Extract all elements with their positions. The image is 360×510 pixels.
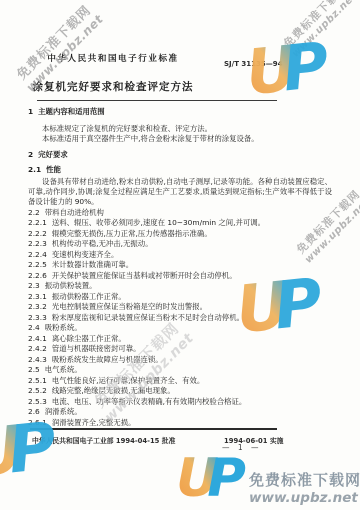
standard-document-page: 中华人民共和国电子行业标准 SJ/T 31135—94 涂复机完好要求和检查评定… [0, 0, 360, 510]
paragraph: 本标准适用于真空器件生产中,将合金粉末涂复于带材的涂复设备。 [28, 134, 332, 145]
footer-rule [30, 428, 277, 430]
clause: 2.3.1振动供粉器工作正常。 [28, 292, 332, 303]
watermark-site-url: www.upbz.net [249, 490, 360, 506]
clause: 2.4.2管道与机器联接密封可靠。 [28, 344, 332, 355]
logo-letter-u: U [0, 412, 27, 492]
clause: 2.6润滑系统。 [28, 407, 332, 418]
section-heading: 2完好要求 [28, 150, 332, 161]
clause: 2.2.1送料、辊压、收带必须同步,速度在 10~30m/min 之间,并可调。 [28, 218, 332, 229]
watermark-site-name: 免费标准下载网 [249, 469, 360, 490]
approval-line: 中华人民共和国电子工业部 1994-04-15 批准 [32, 435, 175, 445]
clause: 2.3振动供粉装置。 [28, 281, 332, 292]
upbz-logo-icon: U P [176, 446, 254, 508]
paragraph: 设备具有带材自动进给,粉末自动供粉,自动电子测厚,记录等功能。各种自动装置应稳定… [28, 177, 332, 208]
clause-heading: 2.1性能 [28, 165, 332, 176]
clause: 2.2.5米计数器计数准确可靠。 [28, 260, 332, 271]
clause: 2.3.2光电控制装置应保证当粉箱是空的时发出警报。 [28, 302, 332, 313]
watermark-bottom-right: 免费标准下载网 www.upbz.net [249, 469, 360, 506]
watermark-site-name: 免费标准下载网 [263, 0, 360, 67]
clause: 2.2带料自动进给机构 [28, 208, 332, 219]
logo-letter-p: P [279, 28, 332, 105]
page-number: — 1 — [222, 443, 262, 452]
clause: 2.2.4变速机构变速齐全。 [28, 250, 332, 261]
standard-number: SJ/T 31135—94 [224, 60, 283, 68]
document-body: 1主题内容和适用范围 本标准规定了涂复机的完好要求和检查、评定方法。 本标准适用… [28, 107, 332, 428]
clause: 2.5.1电气性能良好,运行可靠,保护装置齐全、有效。 [28, 376, 332, 387]
standard-org-line: 中华人民共和国电子行业标准 [30, 52, 196, 64]
document-title: 涂复机完好要求和检查评定方法 [26, 79, 200, 94]
logo-letter-p: P [207, 448, 246, 508]
header-rule [37, 100, 277, 101]
clause: 2.4吸粉系统。 [28, 323, 332, 334]
clause: 2.5.3电流、电压、功率等指示仪表精确,有有效期内校验合格证。 [28, 397, 332, 408]
watermark-site-url: www.upbz.net [275, 0, 360, 75]
paragraph: 本标准规定了涂复机的完好要求和检查、评定方法。 [28, 124, 332, 135]
clause: 2.2.3机构传动平稳,无冲击,无振动。 [28, 239, 332, 250]
clause: 2.2.2辊模完整无损伤,压力正常,压力传感器指示准确。 [28, 229, 332, 240]
clause: 2.3.3粉末厚度监视和记录装置应保证当粉末不足时会自动停机。 [28, 313, 332, 324]
logo-letter-u: U [176, 448, 219, 508]
logo-letter-u: U [243, 31, 301, 109]
clause: 2.2.6开关保护装置应能保证当基料或衬带断开时会自动停机。 [28, 271, 332, 282]
clause: 2.4.3吸粉系统发生故障应与机器连锁。 [28, 355, 332, 366]
clause: 2.5.2线路完整,绝缘层无破损,无漏电现象。 [28, 386, 332, 397]
section-heading: 1主题内容和适用范围 [28, 107, 332, 118]
clause: 2.4.1离心除尘器工作正常。 [28, 334, 332, 345]
clause: 2.5电气系统。 [28, 365, 332, 376]
clause: 2.6.1润滑装置齐全,完整无损。 [28, 418, 332, 429]
